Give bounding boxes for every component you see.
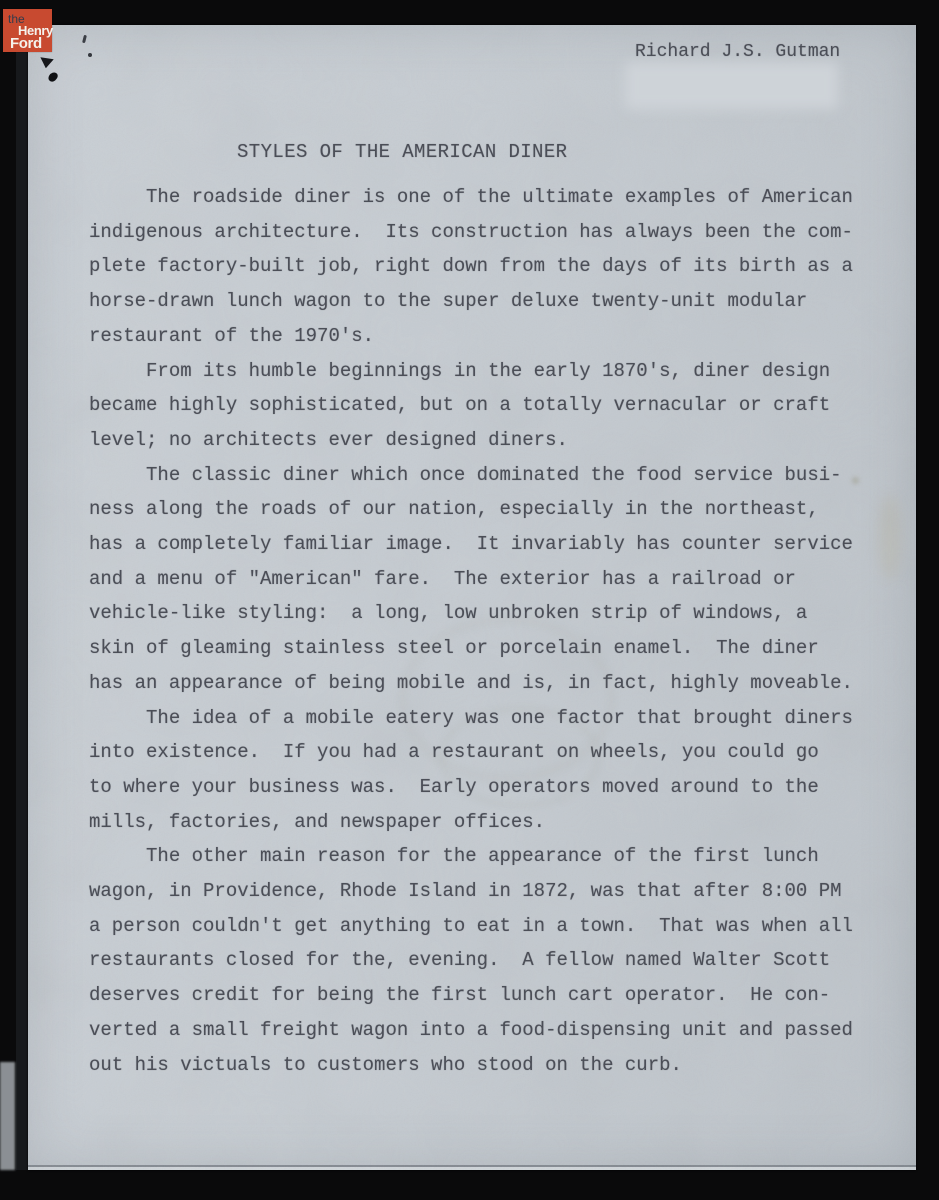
- paper-stain: [878, 495, 902, 580]
- scan-background: Richard J.S. Gutman STYLES OF THE AMERIC…: [0, 0, 939, 1200]
- logo-ford-text: Ford: [10, 35, 42, 52]
- paper-stain-dot: [852, 477, 859, 484]
- document-title: STYLES OF THE AMERICAN DINER: [237, 141, 567, 163]
- henry-ford-logo: the Henry Ford: [3, 9, 52, 52]
- redacted-address-area: [625, 62, 838, 109]
- document-page: Richard J.S. Gutman STYLES OF THE AMERIC…: [28, 25, 916, 1170]
- ink-speck: [88, 53, 92, 57]
- author-name: Richard J.S. Gutman: [635, 41, 840, 63]
- adjacent-page-edge: [0, 1062, 15, 1170]
- ghost-impression: [438, 705, 602, 809]
